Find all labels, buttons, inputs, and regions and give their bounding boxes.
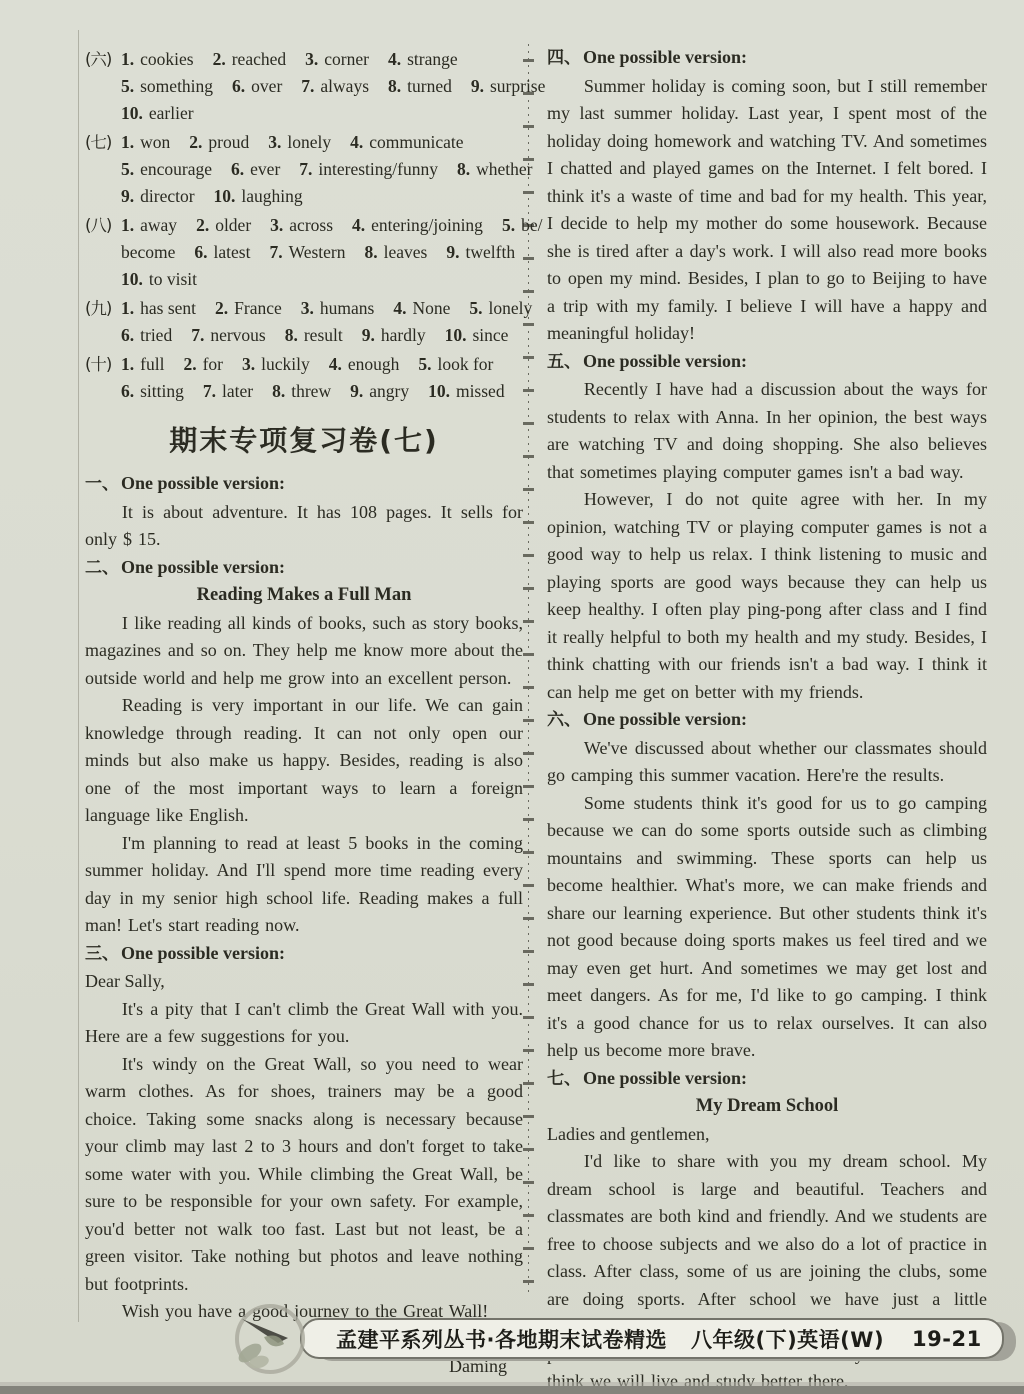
answer-token: 1.cookies [121,49,194,69]
speech-salutation: Ladies and gentlemen, [547,1121,987,1149]
answer-token: 2.reached [213,49,287,69]
section-heading-label: One possible version: [121,943,285,963]
answer-token: 10.earlier [121,103,194,123]
answer-token: 1.full [121,354,164,374]
essay-paragraph: Some students think it's good for us to … [547,790,987,1065]
answer-token: 8.whether [457,159,533,179]
footer-edition: 八年级(下)英语(W) [691,1324,884,1354]
answer-group-label: (七) [85,129,111,156]
answer-token: become [121,242,175,262]
answer-token: 7.later [203,381,253,401]
essay-paragraph: Recently I have had a discussion about t… [547,376,987,486]
answer-token: 5.lonely [469,298,532,318]
section-number: 六、 [547,710,581,730]
answer-line: 10.to visit [85,266,523,293]
section-six: 六、One possible version: We've discussed … [547,706,987,1065]
section-heading: 一、One possible version: [85,470,523,499]
section-heading: 五、One possible version: [547,348,987,377]
answer-key-list: (六)1.cookies2.reached3.corner4.strange 5… [85,46,523,405]
footer-banner: 孟建平系列丛书·各地期末试卷精选 八年级(下)英语(W) 19-21 [0,1295,1024,1385]
answer-token: 4.communicate [350,132,463,152]
essay-paragraph: It's a pity that I can't climb the Great… [85,996,523,1051]
answer-token: 5.be/ [502,215,543,235]
answer-line: (六)1.cookies2.reached3.corner4.strange [85,46,523,73]
answer-line: 5.encourage6.ever7.interesting/funny8.wh… [85,156,523,183]
answer-token: 5.something [121,76,213,96]
letter-salutation: Dear Sally, [85,968,523,996]
answer-token: 3.across [270,215,333,235]
footer-page-range: 19-21 [912,1327,982,1351]
answer-token: 10.laughing [214,186,303,206]
answer-token: 3.lonely [268,132,331,152]
answer-token: 9.twelfth [446,242,515,262]
section-heading-label: One possible version: [583,47,747,67]
answer-line: (八)1.away2.older3.across4.entering/joini… [85,212,523,239]
essay-paragraph: I like reading all kinds of books, such … [85,610,523,693]
answer-line: (十)1.full2.for3.luckily4.enough5.look fo… [85,351,523,378]
section-number: 三、 [85,944,119,964]
answer-token: 7.Western [269,242,345,262]
answer-line: 6.tried7.nervous8.result9.hardly10.since [85,322,523,349]
section-heading-label: One possible version: [583,1068,747,1088]
answer-token: 6.ever [231,159,280,179]
answer-line: (七)1.won2.proud3.lonely4.communicate [85,129,523,156]
answer-token: 4.enough [329,354,400,374]
essay-paragraph: Summer holiday is coming soon, but I sti… [547,73,987,348]
answer-token: 7.nervous [191,325,266,345]
section-number: 一、 [85,474,119,494]
essay-paragraph: It is about adventure. It has 108 pages.… [85,499,523,554]
answer-token: 6.latest [194,242,250,262]
footer-pill: 孟建平系列丛书·各地期末试卷精选 八年级(下)英语(W) 19-21 [300,1318,1004,1359]
left-column: (六)1.cookies2.reached3.corner4.strange 5… [85,44,523,1381]
answer-token: 3.corner [305,49,369,69]
answer-token: 6.sitting [121,381,184,401]
answer-token: 4.None [393,298,450,318]
section-heading-label: One possible version: [583,709,747,729]
answer-token: 1.away [121,215,177,235]
answer-group: (九)1.has sent2.France3.humans4.None5.lon… [85,295,523,349]
section-two: 二、One possible version: Reading Makes a … [85,554,523,940]
answer-line: 6.sitting7.later8.threw9.angry10.missed [85,378,523,405]
answer-token: 9.director [121,186,195,206]
answer-line: become6.latest7.Western8.leaves9.twelfth [85,239,523,266]
answer-group-label: (十) [85,351,111,378]
footer-brand: 孟建平系列丛书·各地期末试卷精选 [336,1324,667,1354]
answer-token: 3.luckily [242,354,310,374]
answer-token: 10.missed [428,381,505,401]
answer-group: (七)1.won2.proud3.lonely4.communicate 5.e… [85,129,523,210]
answer-group-label: (八) [85,212,111,239]
answer-token: 2.for [183,354,223,374]
answer-line: 5.something6.over7.always8.turned9.surpr… [85,73,523,100]
answer-token: 7.always [301,76,369,96]
section-number: 四、 [547,48,581,68]
answer-line: 9.director10.laughing [85,183,523,210]
answer-token: 1.has sent [121,298,196,318]
section-four: 四、One possible version: Summer holiday i… [547,44,987,348]
answer-token: 4.strange [388,49,458,69]
section-number: 七、 [547,1069,581,1089]
page-margin-line [78,30,79,1322]
section-heading-label: One possible version: [583,351,747,371]
answer-group-label: (九) [85,295,111,322]
answer-token: 2.proud [189,132,249,152]
answer-group: (八)1.away2.older3.across4.entering/joini… [85,212,523,293]
answer-token: 1.won [121,132,170,152]
essay-paragraph: We've discussed about whether our classm… [547,735,987,790]
page-title: 期末专项复习卷(七) [85,419,523,459]
answer-token: 8.threw [272,381,331,401]
answer-token: 10.to visit [121,269,197,289]
section-heading: 七、One possible version: [547,1065,987,1094]
answer-token: 9.surprise [471,76,546,96]
essay-title: Reading Makes a Full Man [85,582,523,610]
answer-token: 8.result [285,325,343,345]
scanned-answer-page: (六)1.cookies2.reached3.corner4.strange 5… [0,0,1024,1394]
answer-token: 9.angry [350,381,409,401]
answer-token: 2.France [215,298,282,318]
essay-paragraph: I'm planning to read at least 5 books in… [85,830,523,940]
answer-token: 10.since [445,325,509,345]
section-five: 五、One possible version: Recently I have … [547,348,987,707]
answer-token: 2.older [196,215,251,235]
answer-token: 6.tried [121,325,172,345]
section-one: 一、One possible version: It is about adve… [85,470,523,554]
section-heading: 二、One possible version: [85,554,523,583]
essay-paragraph: Reading is very important in our life. W… [85,692,523,830]
publisher-logo-icon [228,1295,312,1379]
answer-token: 3.humans [301,298,375,318]
answer-group-label: (六) [85,46,111,73]
answer-token: 5.look for [418,354,493,374]
answer-token: 8.leaves [365,242,428,262]
answer-token: 5.encourage [121,159,212,179]
right-column: 四、One possible version: Summer holiday i… [547,44,987,1394]
answer-token: 8.turned [388,76,452,96]
answer-token: 9.hardly [362,325,426,345]
answer-token: 4.entering/joining [352,215,483,235]
answer-line: 10.earlier [85,100,523,127]
section-number: 五、 [547,352,581,372]
section-heading: 六、One possible version: [547,706,987,735]
section-heading: 三、One possible version: [85,940,523,969]
section-heading-label: One possible version: [121,557,285,577]
answer-group: (六)1.cookies2.reached3.corner4.strange 5… [85,46,523,127]
answer-token: 6.over [232,76,282,96]
answer-token: 7.interesting/funny [299,159,438,179]
section-heading-label: One possible version: [121,473,285,493]
section-number: 二、 [85,558,119,578]
answer-line: (九)1.has sent2.France3.humans4.None5.lon… [85,295,523,322]
section-heading: 四、One possible version: [547,44,987,73]
scan-edge-shadow [0,1386,1024,1394]
essay-title: My Dream School [547,1093,987,1121]
essay-paragraph: It's windy on the Great Wall, so you nee… [85,1051,523,1299]
answer-group: (十)1.full2.for3.luckily4.enough5.look fo… [85,351,523,405]
essay-paragraph: However, I do not quite agree with her. … [547,486,987,706]
